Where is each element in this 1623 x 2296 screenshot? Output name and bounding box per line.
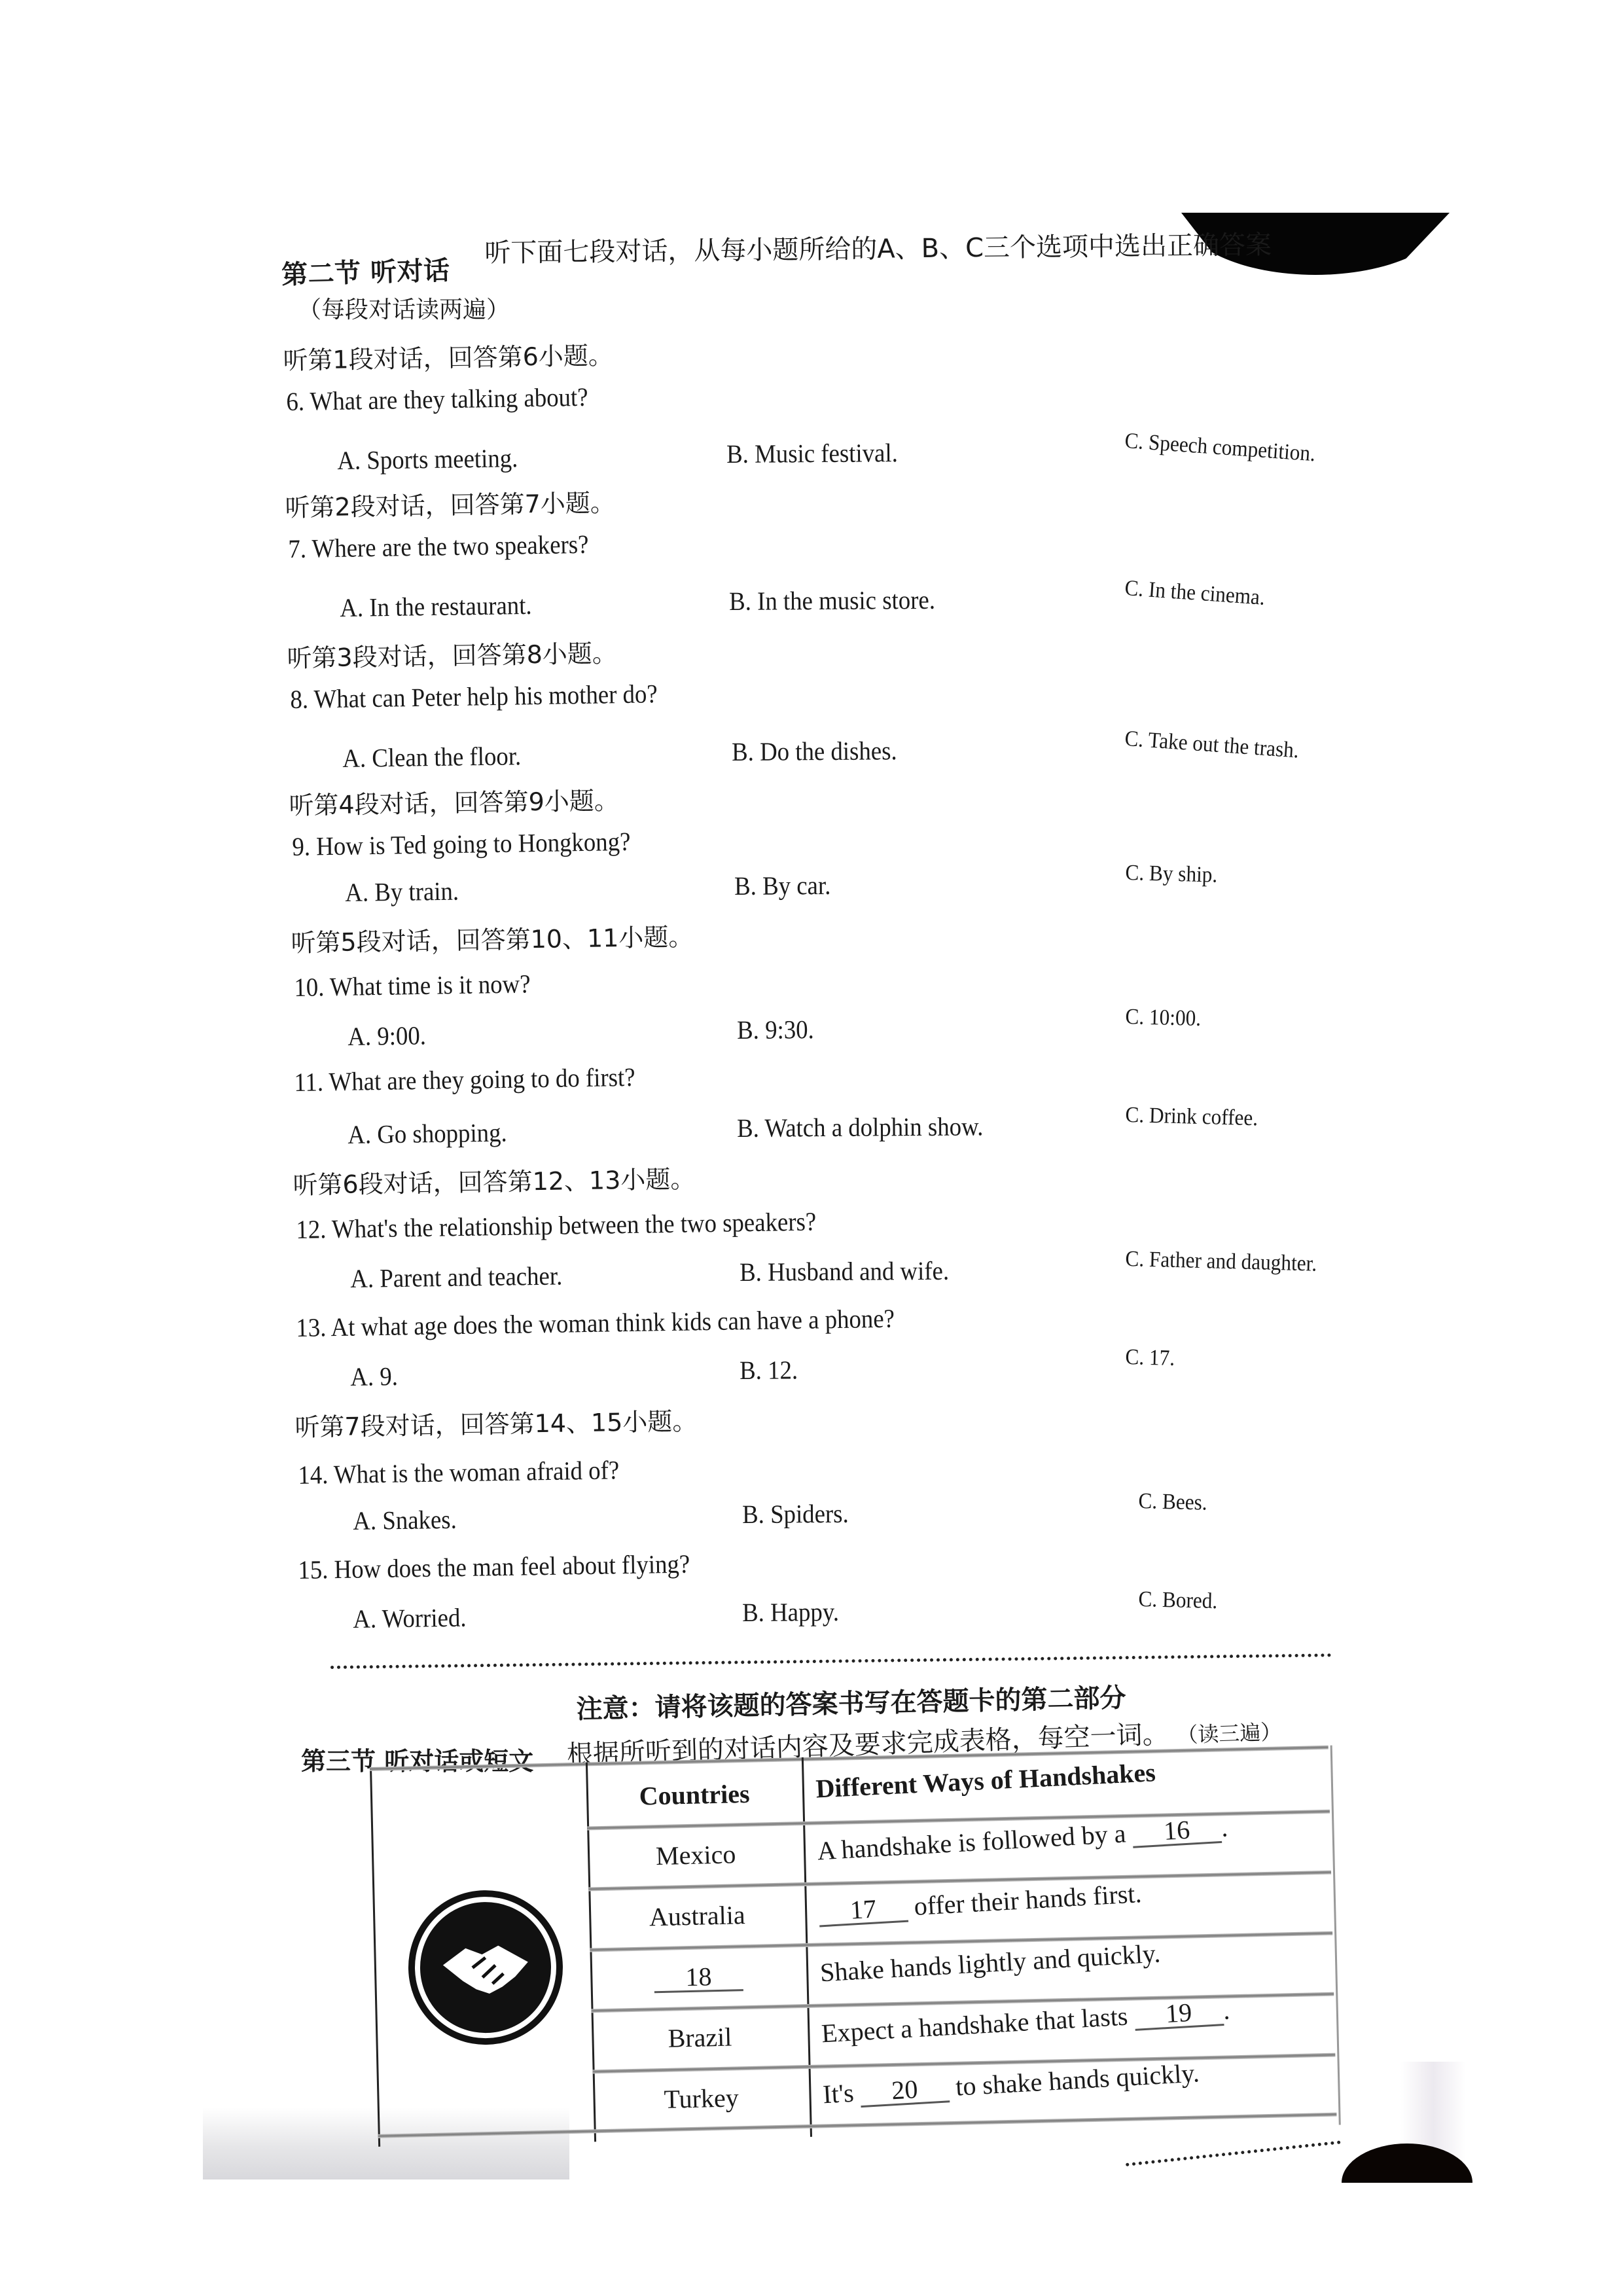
option-b[interactable]: B. 9:30. bbox=[737, 1014, 814, 1045]
option-b[interactable]: B. Watch a dolphin show. bbox=[737, 1111, 984, 1143]
table-cell-country: Turkey bbox=[593, 2081, 810, 2116]
option-a[interactable]: A. Go shopping. bbox=[348, 1117, 507, 1150]
option-c[interactable]: C. Take out the trash. bbox=[1124, 726, 1300, 764]
option-a[interactable]: A. Worried. bbox=[353, 1602, 467, 1634]
question-stem: 10. What time is it now? bbox=[294, 968, 531, 1003]
option-a[interactable]: A. In the restaurant. bbox=[340, 590, 532, 623]
option-b[interactable]: B. 12. bbox=[740, 1354, 798, 1386]
table-cell-country: Australia bbox=[589, 1898, 806, 1933]
option-a[interactable]: A. Parent and teacher. bbox=[350, 1260, 563, 1294]
table-cell-country[interactable]: 18 bbox=[590, 1959, 807, 1994]
dialogue-heading: 听第1段对话，回答第6小题。 bbox=[283, 335, 613, 376]
option-c[interactable]: C. Bored. bbox=[1138, 1587, 1218, 1614]
option-a[interactable]: A. 9:00. bbox=[348, 1020, 426, 1052]
answer-blank[interactable]: 18 bbox=[654, 1963, 743, 1993]
question-stem: 15. How does the man feel about flying? bbox=[298, 1549, 690, 1585]
question-stem: 13. At what age does the woman think kid… bbox=[296, 1303, 895, 1343]
option-a[interactable]: A. Sports meeting. bbox=[337, 442, 518, 476]
option-c[interactable]: C. Bees. bbox=[1138, 1489, 1207, 1516]
option-c[interactable]: C. 17. bbox=[1125, 1345, 1175, 1371]
dialogue-heading: 听第6段对话，回答第12、13小题。 bbox=[293, 1158, 696, 1201]
question-stem: 14. What is the woman afraid of? bbox=[298, 1454, 620, 1490]
option-b[interactable]: B. By car. bbox=[734, 870, 831, 901]
option-c[interactable]: C. 10:00. bbox=[1125, 1005, 1202, 1031]
option-b[interactable]: B. Husband and wife. bbox=[740, 1255, 949, 1287]
separator-dotted bbox=[330, 1653, 1332, 1669]
option-a[interactable]: A. Snakes. bbox=[353, 1504, 457, 1536]
answer-blank[interactable]: 19 bbox=[1133, 1998, 1224, 2031]
option-c[interactable]: C. Speech competition. bbox=[1124, 429, 1316, 467]
dialogue-heading: 听第4段对话，回答第9小题。 bbox=[289, 780, 619, 821]
separator-dotted-bottom bbox=[1126, 2141, 1341, 2166]
description-text: It's bbox=[822, 2077, 861, 2109]
option-a[interactable]: A. By train. bbox=[345, 876, 459, 908]
option-c[interactable]: C. Drink coffee. bbox=[1125, 1103, 1258, 1131]
question-stem: 11. What are they going to do first? bbox=[294, 1062, 635, 1098]
option-a[interactable]: A. 9. bbox=[350, 1361, 398, 1392]
option-c[interactable]: C. In the cinema. bbox=[1124, 576, 1266, 611]
answer-blank[interactable]: 16 bbox=[1132, 1815, 1222, 1848]
answer-blank[interactable]: 20 bbox=[859, 2074, 950, 2108]
handshake-table: CountriesDifferent Ways of HandshakesMex… bbox=[370, 1746, 1337, 2147]
dialogue-heading: 听第3段对话，回答第8小题。 bbox=[287, 633, 617, 674]
table-cell-country: Mexico bbox=[588, 1837, 804, 1873]
dialogue-heading: 听第5段对话，回答第10、11小题。 bbox=[291, 916, 694, 959]
option-b[interactable]: B. Happy. bbox=[742, 1596, 839, 1628]
option-b[interactable]: B. Spiders. bbox=[742, 1498, 849, 1530]
section2-note: （每段对话读两遍） bbox=[298, 291, 510, 325]
dialogue-heading: 听第7段对话，回答第14、15小题。 bbox=[294, 1401, 698, 1443]
option-c[interactable]: C. By ship. bbox=[1125, 861, 1218, 888]
table-header-countries: Countries bbox=[586, 1777, 803, 1812]
option-a[interactable]: A. Clean the floor. bbox=[342, 740, 522, 774]
option-b[interactable]: B. Do the dishes. bbox=[732, 735, 897, 767]
question-stem: 7. Where are the two speakers? bbox=[288, 529, 589, 564]
option-b[interactable]: B. In the music store. bbox=[729, 584, 935, 617]
option-c[interactable]: C. Father and daughter. bbox=[1125, 1247, 1317, 1277]
answer-blank[interactable]: 17 bbox=[818, 1894, 908, 1928]
option-b[interactable]: B. Music festival. bbox=[726, 437, 898, 469]
question-stem: 6. What are they talking about? bbox=[286, 382, 588, 417]
section2-instruction: 听下面七段对话，从每小题所给的A、B、C三个选项中选出正确答案 bbox=[484, 224, 1272, 270]
question-stem: 9. How is Ted going to Hongkong? bbox=[292, 826, 631, 862]
section2-title: 第二节 听对话 bbox=[281, 250, 450, 292]
question-stem: 8. What can Peter help his mother do? bbox=[290, 678, 658, 715]
dialogue-heading: 听第2段对话，回答第7小题。 bbox=[285, 482, 615, 524]
table-cell-country: Brazil bbox=[592, 2020, 808, 2055]
section3-note: （读三遍） bbox=[1177, 1719, 1282, 1748]
question-stem: 12. What's the relationship between the … bbox=[296, 1206, 817, 1245]
